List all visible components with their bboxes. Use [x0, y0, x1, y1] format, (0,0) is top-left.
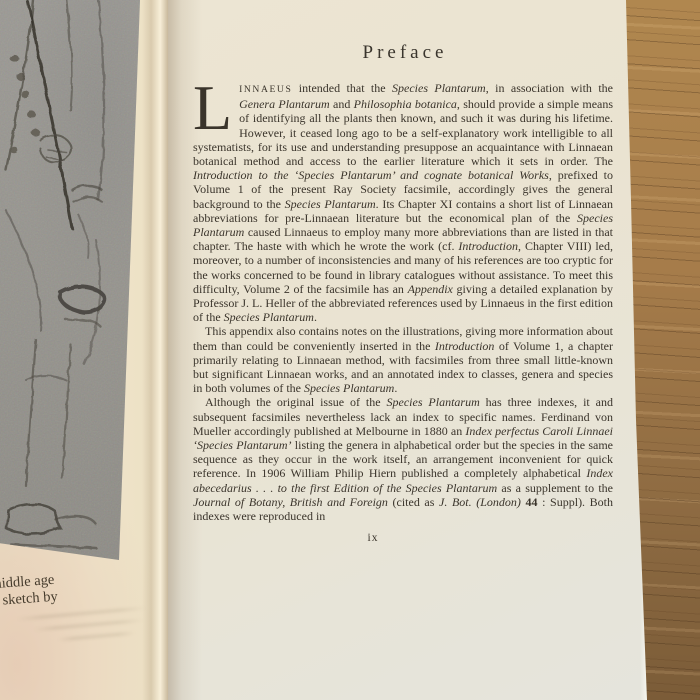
page-title: Preface [193, 42, 613, 64]
page-number: ix [193, 532, 613, 544]
preface-paragraph: Although the original issue of the Speci… [193, 395, 613, 523]
book-spread: middle age sketch by Preface LINNAEUS in… [0, 0, 650, 700]
preface-paragraph: LINNAEUS intended that the Species Plant… [193, 81, 613, 324]
illustration-caption: middle age sketch by [0, 572, 58, 611]
right-page: Preface LINNAEUS intended that the Speci… [168, 0, 650, 700]
small-caps-word: INNAEUS [239, 84, 292, 95]
page-bleedthrough [17, 606, 150, 653]
drop-cap: L [193, 83, 232, 137]
caption-line: sketch by [2, 589, 58, 610]
preface-paragraph: This appendix also contains notes on the… [193, 324, 613, 395]
preface-paragraphs: LINNAEUS intended that the Species Plant… [193, 81, 613, 523]
preface-text-column: Preface LINNAEUS intended that the Speci… [193, 0, 613, 544]
book-photo-scene: middle age sketch by Preface LINNAEUS in… [0, 0, 700, 700]
left-page: middle age sketch by [0, 0, 168, 700]
linnaeus-sketch-illustration [0, 0, 140, 560]
